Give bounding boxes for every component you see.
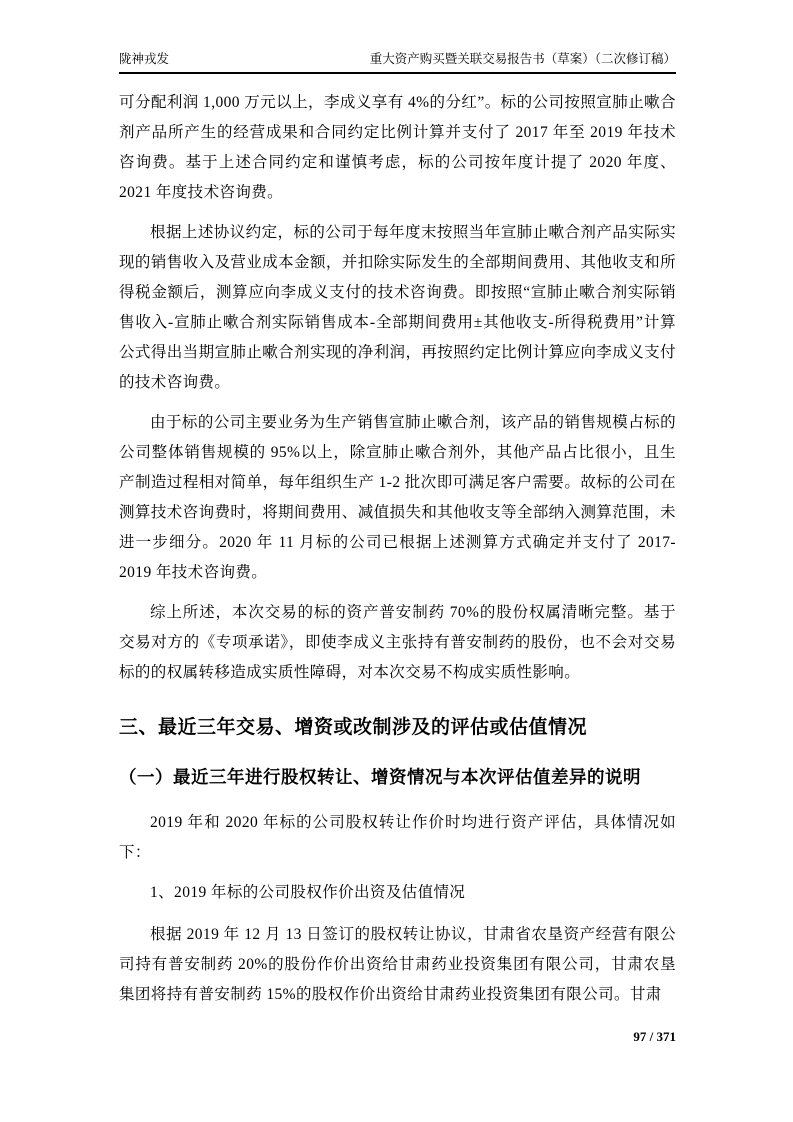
paragraph-business-scope: 由于标的公司主要业务为生产销售宣肺止嗽合剂，该产品的销售规模占标的公司整体销售规… — [119, 408, 676, 588]
header-right-title: 重大资产购买暨关联交易报告书（草案）（二次修订稿） — [370, 50, 676, 69]
paragraph-agreement-formula: 根据上述协议约定，标的公司于每年度末按照当年宣肺止嗽合剂产品实际实现的销售收入及… — [119, 218, 676, 398]
page-number: 97 / 371 — [633, 1029, 676, 1045]
header-left-title: 陇神戎发 — [119, 50, 169, 69]
page-header: 陇神戎发 重大资产购买暨关联交易报告书（草案）（二次修订稿） — [119, 50, 676, 74]
paragraph-summary: 综上所述，本次交易的标的资产普安制药 70%的股份权属清晰完整。基于交易对方的《… — [119, 598, 676, 688]
paragraph-evaluation-intro: 2019 年和 2020 年标的公司股权转让作价时均进行资产评估，具体情况如下： — [119, 808, 676, 868]
paragraph-dividend-continuation: 可分配利润 1,000 万元以上，李成义享有 4%的分红”。标的公司按照宣肺止嗽… — [119, 88, 676, 208]
paragraph-equity-transfer: 根据 2019 年 12 月 13 日签订的股权转让协议，甘肃省农垦资产经营有限… — [119, 920, 676, 1010]
section-heading-three: 三、最近三年交易、增资或改制涉及的评估或估值情况 — [119, 714, 676, 742]
subsection-heading-one: （一）最近三年进行股权转让、增资情况与本次评估值差异的说明 — [119, 764, 676, 790]
document-page: 陇神戎发 重大资产购买暨关联交易报告书（草案）（二次修订稿） 可分配利润 1,0… — [0, 0, 793, 1122]
list-item-title-2019: 1、2019 年标的公司股权作价出资及估值情况 — [119, 878, 676, 908]
document-body: 可分配利润 1,000 万元以上，李成义享有 4%的分红”。标的公司按照宣肺止嗽… — [119, 74, 676, 1010]
